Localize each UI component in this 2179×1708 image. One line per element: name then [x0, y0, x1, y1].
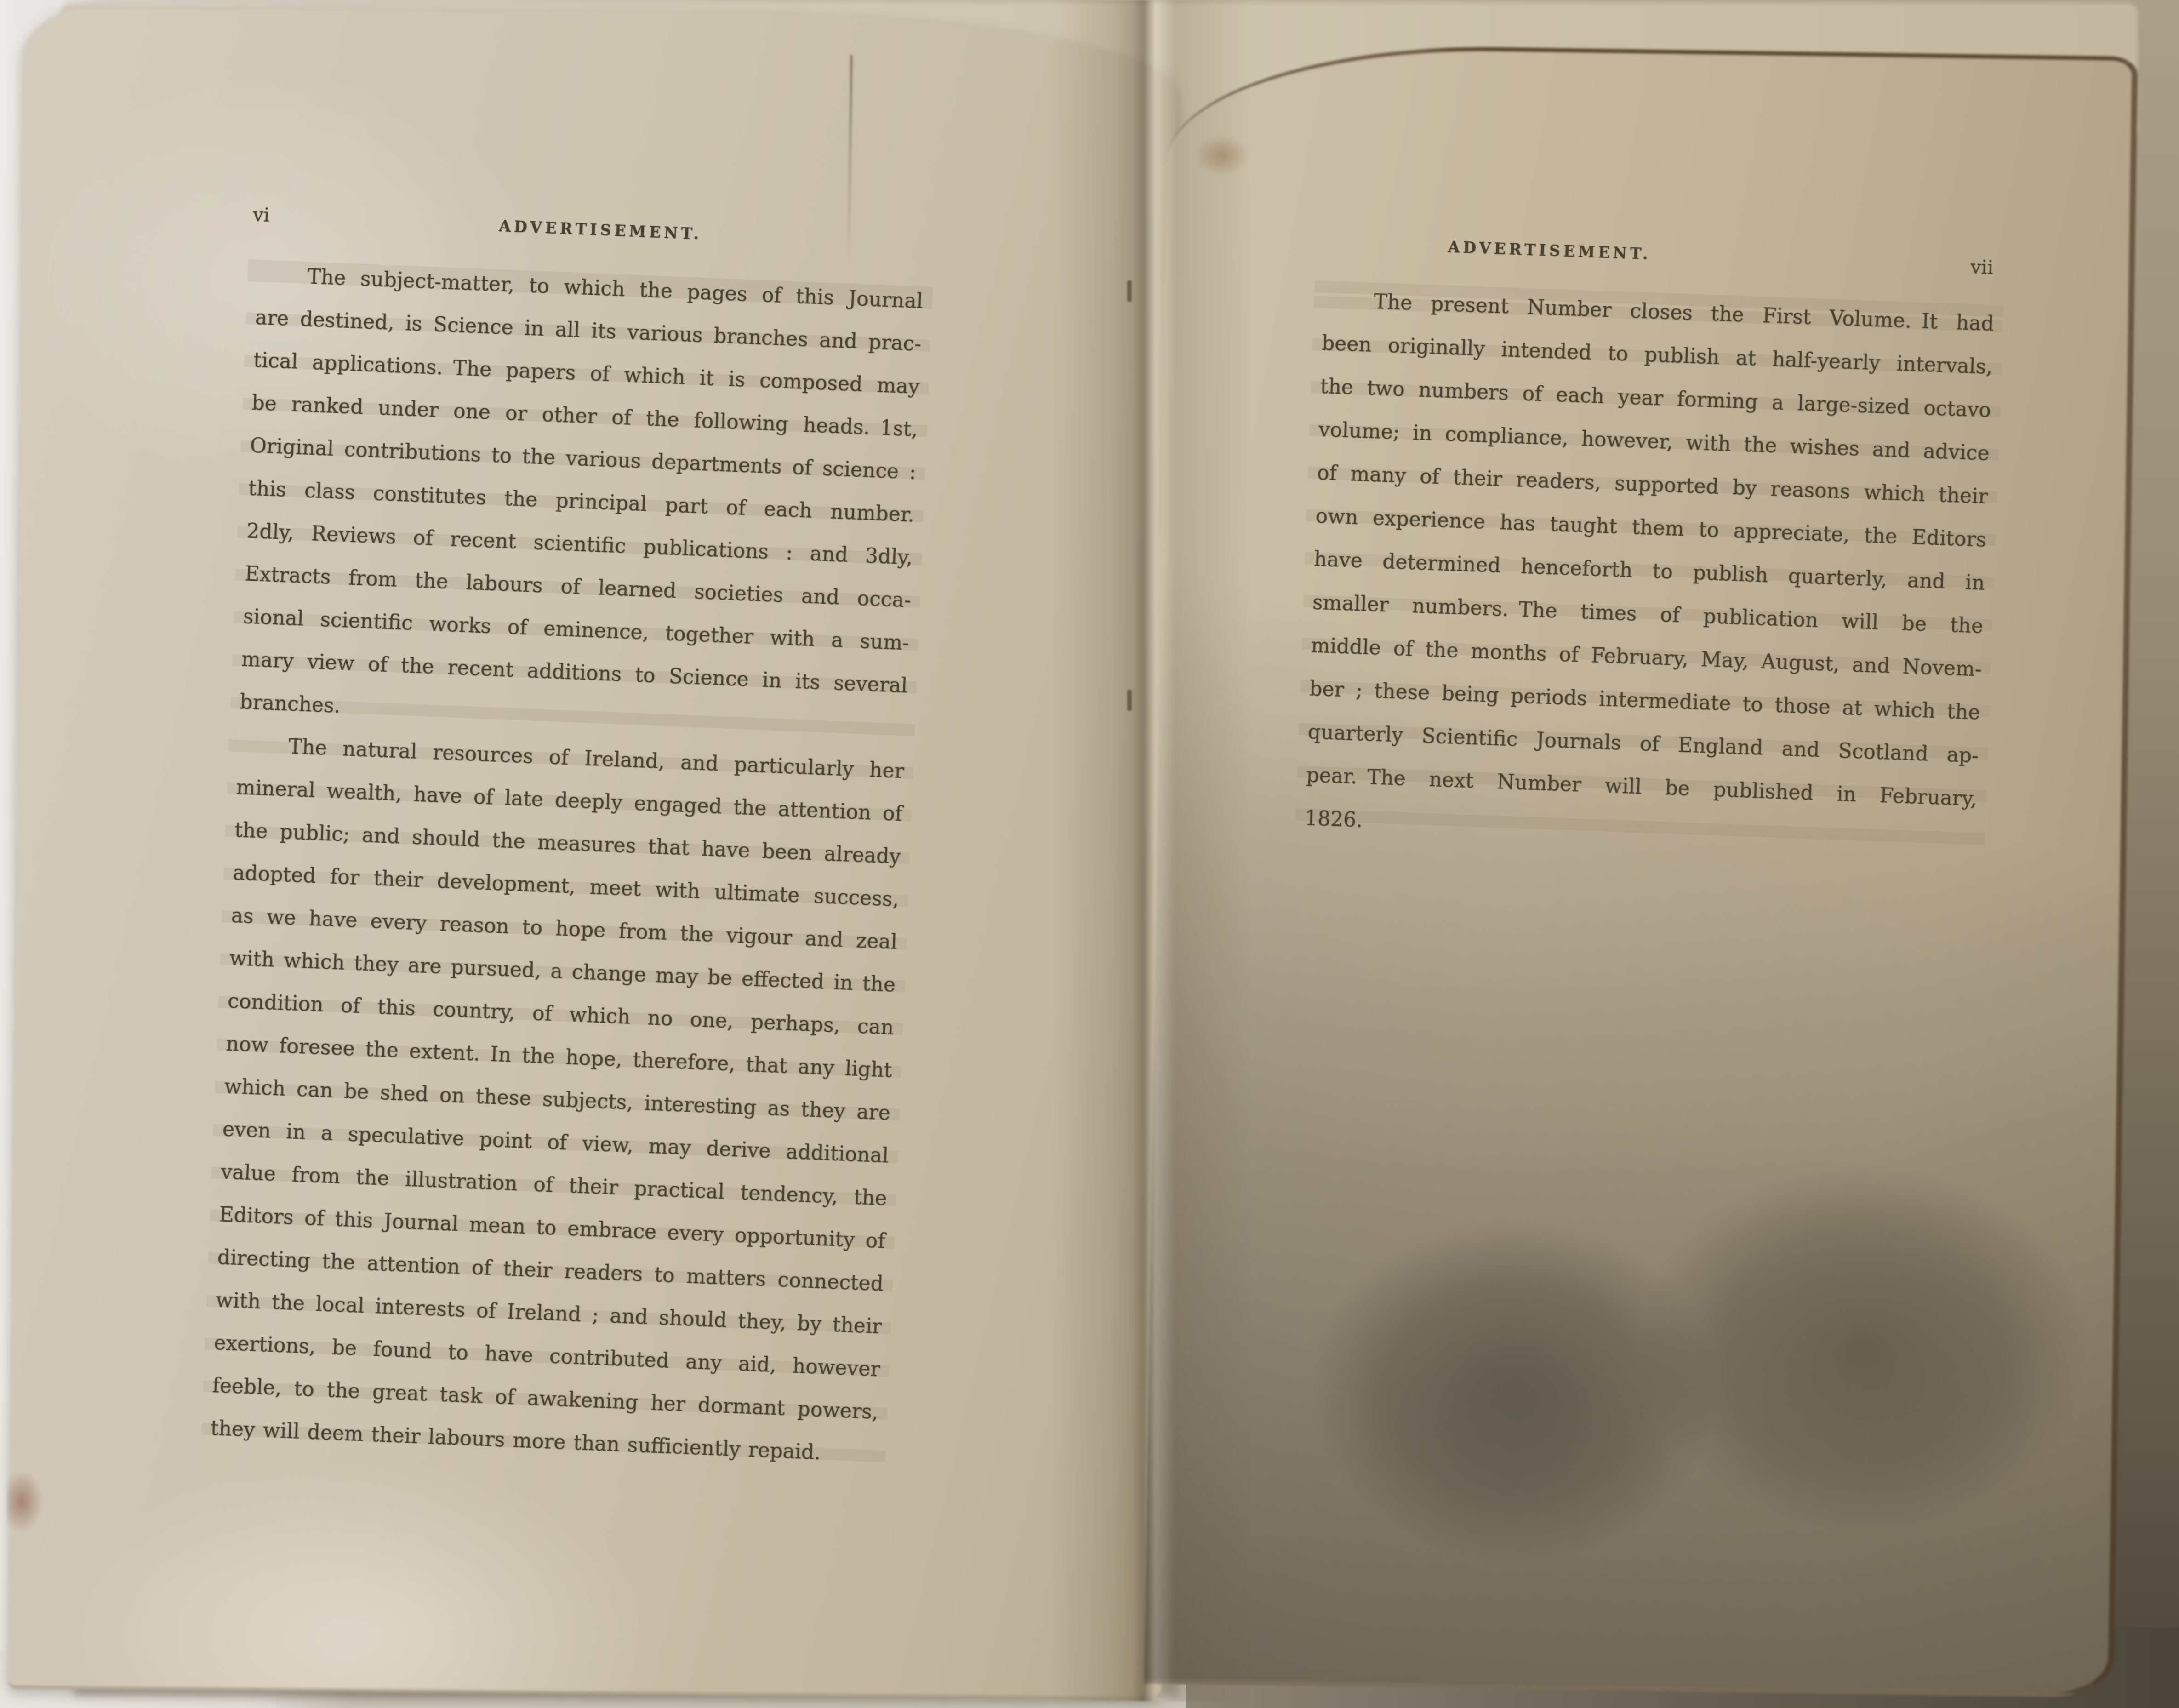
right-page-text: ADVERTISEMENT. vii The present Number cl…	[1304, 230, 1996, 864]
page-number: vii	[1970, 256, 1994, 279]
left-page-text: vi ADVERTISEMENT. The subject-matter, to…	[210, 204, 926, 1476]
binding-stitch	[1127, 690, 1132, 711]
page-number: vi	[252, 203, 270, 226]
running-head: ADVERTISEMENT.	[1448, 238, 1651, 263]
paper-stain	[6, 1469, 44, 1534]
book-photo: vi ADVERTISEMENT. The subject-matter, to…	[0, 0, 2179, 1708]
binding-stitch	[1127, 280, 1132, 302]
running-head: ADVERTISEMENT.	[499, 217, 702, 243]
book-gutter	[1053, 0, 1250, 1701]
